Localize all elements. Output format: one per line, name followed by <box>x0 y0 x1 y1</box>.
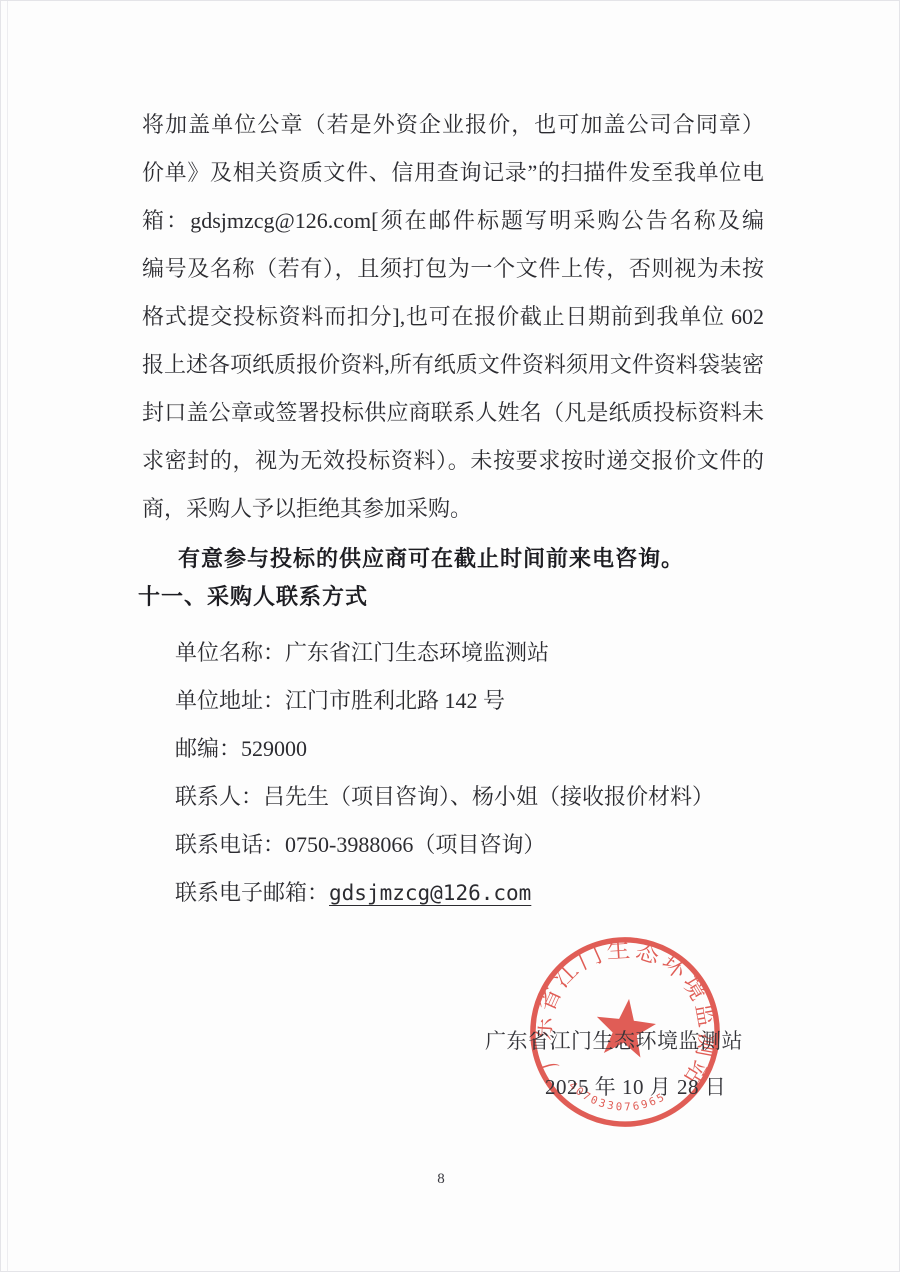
paragraph-line: 编号及名称（若有），且须打包为一个文件上传，否则视为未按要求 <box>142 245 764 293</box>
contact-label: 联系电子邮箱： <box>175 880 329 905</box>
contact-value: 广东省江门生态环境监测站 <box>285 640 549 665</box>
contact-label: 联系人： <box>175 784 263 809</box>
signature-organization: 广东省江门生态环境监测站 <box>485 1025 743 1055</box>
paragraph-line: 商，采购人予以拒绝其参加采购。 <box>142 485 764 533</box>
paragraph-line: 将加盖单位公章（若是外资企业报价，也可加盖公司合同章）的“《报 <box>142 101 764 149</box>
contact-row-email: 联系电子邮箱：gdsjmzcg@126.com <box>142 869 782 917</box>
contact-row-name: 单位名称：广东省江门生态环境监测站 <box>142 629 782 677</box>
contact-row-person: 联系人：吕先生（项目咨询）、杨小姐（接收报价材料） <box>142 773 782 821</box>
paragraph-line: 求密封的，视为无效投标资料）。未按要求按时递交报价文件的供应 <box>142 437 764 485</box>
paragraph-line: 箱：gdsjmzcg@126.com[须在邮件标题写明采购公告名称及编号、包组 <box>142 197 764 245</box>
signature-date: 2025 年 10 月 28 日 <box>545 1071 726 1101</box>
document-page: 将加盖单位公章（若是外资企业报价，也可加盖公司合同章）的“《报 价单》及相关资质… <box>0 0 900 1272</box>
page-number: 8 <box>409 1171 473 1188</box>
paragraph-line: 报上述各项纸质报价资料,所有纸质文件资料须用文件资料袋装密封, <box>142 341 764 389</box>
contact-label: 联系电话： <box>175 832 285 857</box>
contact-value: 江门市胜利北路 142 号 <box>285 688 505 713</box>
contact-row-postcode: 邮编：529000 <box>142 725 782 773</box>
contact-block: 单位名称：广东省江门生态环境监测站 单位地址：江门市胜利北路 142 号 邮编：… <box>142 629 782 917</box>
contact-email-value: gdsjmzcg@126.com <box>329 881 531 905</box>
contact-value: 0750-3988066（项目咨询） <box>285 832 545 857</box>
paragraph-line: 价单》及相关资质文件、信用查询记录”的扫描件发至我单位电子邮 <box>142 149 764 197</box>
contact-row-phone: 联系电话：0750-3988066（项目咨询） <box>142 821 782 869</box>
body-paragraph: 将加盖单位公章（若是外资企业报价，也可加盖公司合同章）的“《报 价单》及相关资质… <box>142 101 764 533</box>
contact-label: 单位名称： <box>175 640 285 665</box>
contact-value: 529000 <box>241 736 307 761</box>
paragraph-line: 封口盖公章或签署投标供应商联系人姓名（凡是纸质投标资料未按要 <box>142 389 764 437</box>
contact-label: 邮编： <box>175 736 241 761</box>
paragraph-line: 格式提交投标资料而扣分],也可在报价截止日期前到我单位 602 室投 <box>142 293 764 341</box>
contact-value: 吕先生（项目咨询）、杨小姐（接收报价材料） <box>263 784 714 809</box>
contact-label: 单位地址： <box>175 688 285 713</box>
contact-row-address: 单位地址：江门市胜利北路 142 号 <box>142 677 782 725</box>
section-heading: 十一、采购人联系方式 <box>138 573 778 621</box>
